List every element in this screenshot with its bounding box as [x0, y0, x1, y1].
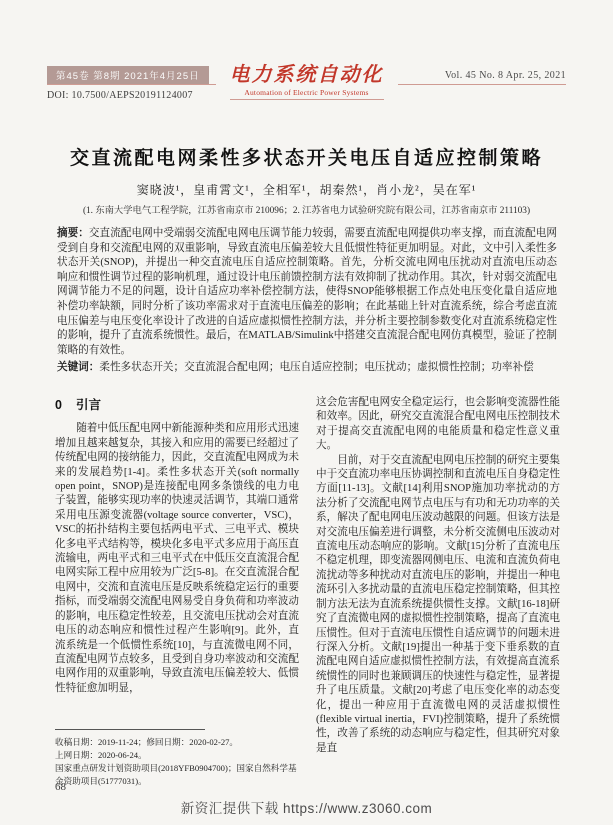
footnote-block: 收稿日期：2019-11-24；修回日期：2020-02-27。 上网日期：20… — [55, 725, 299, 788]
page-number: 68 — [55, 781, 66, 793]
body-paragraph: 这会危害配电网安全稳定运行，也会影响变流器性能和效率。因此，研究交直流混合配电网… — [316, 396, 560, 454]
issue-box: 第45卷 第8期 2021年4月25日 — [47, 66, 209, 84]
journal-name-cn: 电力系统自动化 — [230, 58, 384, 87]
paper-page: 第45卷 第8期 2021年4月25日 DOI: 10.7500/AEPS201… — [0, 0, 613, 825]
section-number: 0 — [55, 398, 62, 412]
abstract-block: 摘要：交直流配电网中受端弱交流配电网电压调节能力较弱，需要直流配电网提供功率支撑… — [57, 226, 557, 376]
section-heading: 0引言 — [55, 398, 299, 412]
volume-info: Vol. 45 No. 8 Apr. 25, 2021 — [445, 70, 566, 81]
body-paragraph: 随着中低压配电网中新能源种类和应用形式迅速增加且越来越复杂，其接入和应用的需要已… — [55, 422, 299, 696]
article-title: 交直流配电网柔性多状态开关电压自适应控制策略 — [40, 143, 573, 170]
section-title: 引言 — [76, 398, 101, 412]
keywords-paragraph: 关键词：柔性多状态开关；交直流混合配电网；电压自适应控制；电压扰动；虚拟惯性控制… — [57, 360, 557, 376]
keywords-text: 柔性多状态开关；交直流混合配电网；电压自适应控制；电压扰动；虚拟惯性控制；功率补… — [99, 362, 533, 373]
doi-text: DOI: 10.7500/AEPS20191124007 — [47, 90, 193, 101]
left-column: 0引言 随着中低压配电网中新能源种类和应用形式迅速增加且越来越复杂，其接入和应用… — [55, 396, 299, 788]
footnote-line: 收稿日期：2019-11-24；修回日期：2020-02-27。 — [55, 736, 299, 749]
abstract-label: 摘要： — [57, 227, 89, 239]
journal-logo: 电力系统自动化 Automation of Electric Power Sys… — [216, 58, 398, 100]
body-columns: 0引言 随着中低压配电网中新能源种类和应用形式迅速增加且越来越复杂，其接入和应用… — [55, 396, 560, 788]
abstract-text: 交直流配电网中受端弱交流配电网电压调节能力较弱，需要直流配电网提供功率支撑，而直… — [57, 228, 557, 356]
watermark-text: 新资汇提供下载 https://www.z3060.com — [0, 797, 613, 817]
footnote-rule — [55, 729, 205, 730]
abstract-paragraph: 摘要：交直流配电网中受端弱交流配电网电压调节能力较弱，需要直流配电网提供功率支撑… — [57, 226, 557, 358]
footnote-line: 上网日期：2020-06-24。 — [55, 749, 299, 762]
right-column: 这会危害配电网安全稳定运行，也会影响变流器性能和效率。因此，研究交直流混合配电网… — [316, 396, 560, 788]
journal-name-en: Automation of Electric Power Systems — [230, 87, 384, 100]
affiliation-line: (1. 东南大学电气工程学院，江苏省南京市 210096；2. 江苏省电力试验研… — [40, 202, 573, 216]
footnote-line: 国家重点研发计划资助项目(2018YFB0904700)；国家自然科学基金资助项… — [55, 762, 299, 788]
body-paragraph: 目前，对于交直流配电网电压控制的研究主要集中于交直流功率电压协调控制和直流电压自… — [316, 454, 560, 757]
keywords-label: 关键词： — [57, 361, 99, 373]
authors-line: 窦晓波¹，皇甫霄文¹，全相军¹，胡秦然¹，肖小龙²，吴在军¹ — [40, 181, 573, 198]
